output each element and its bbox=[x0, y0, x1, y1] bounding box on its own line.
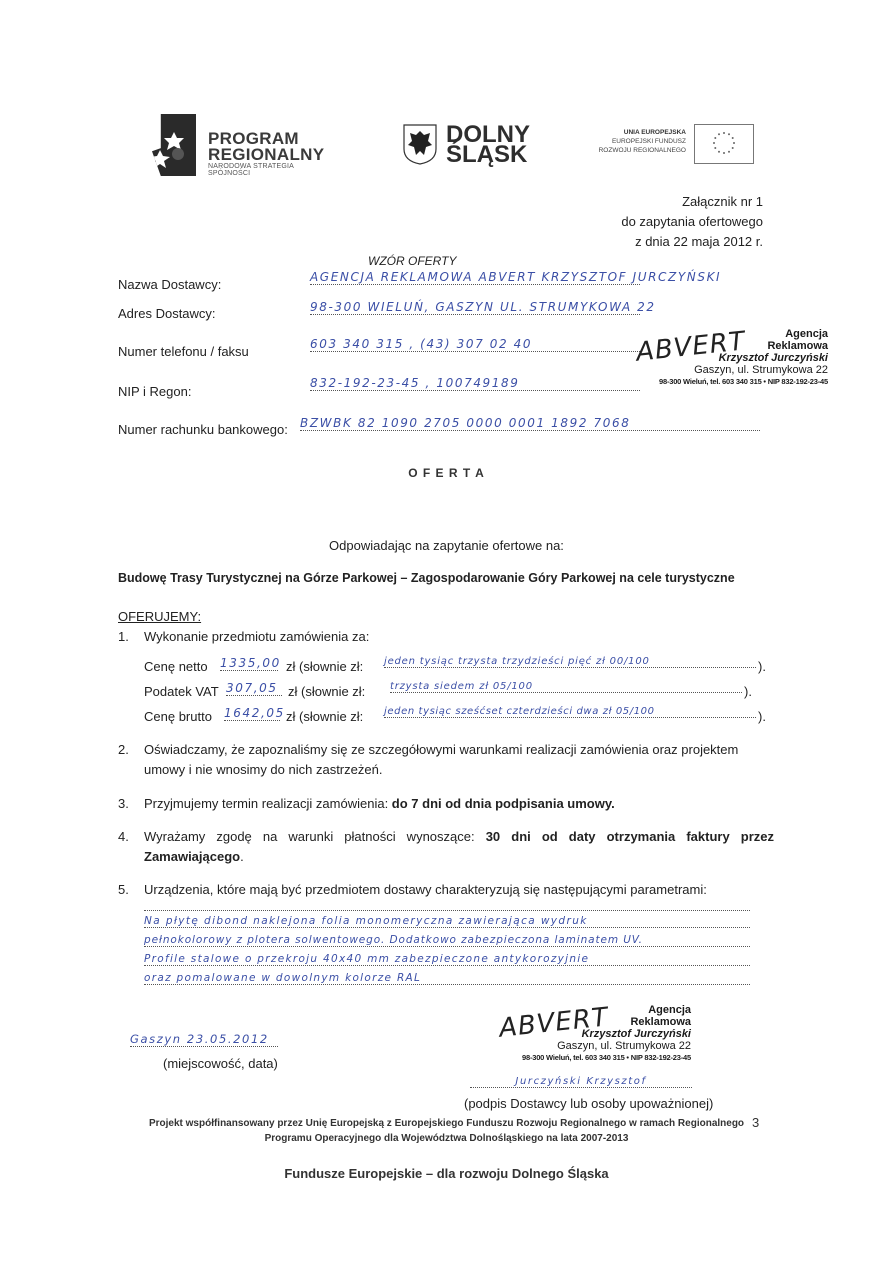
price-netto-words-field[interactable]: jeden tysiąc trzysta trzydzieści pięć zł… bbox=[384, 656, 756, 668]
logo-eu-line2: EUROPEJSKI FUNDUSZ bbox=[580, 137, 686, 146]
stamp-bottom-line1: Agencja bbox=[522, 1004, 691, 1016]
item4-end: . bbox=[240, 849, 244, 864]
price-vat-field[interactable]: 307,05 bbox=[226, 681, 282, 696]
footer-line2: Programu Operacyjnego dla Województwa Do… bbox=[0, 1131, 893, 1146]
price-netto-end: ). bbox=[758, 659, 766, 674]
attachment-info: Załącznik nr 1 do zapytania ofertowego z… bbox=[621, 192, 763, 252]
footer-slogan: Fundusze Europejskie – dla rozwoju Dolne… bbox=[0, 1166, 893, 1181]
price-vat-currency: zł (słownie zł: bbox=[288, 684, 365, 699]
price-brutto-currency: zł (słownie zł: bbox=[286, 709, 363, 724]
price-row-brutto: Cenę brutto 1642,05 zł (słownie zł: jede… bbox=[144, 706, 774, 726]
attachment-reference: do zapytania ofertowego bbox=[621, 212, 763, 232]
supplier-nip-label: NIP i Regon: bbox=[118, 384, 191, 399]
supplier-phone-label: Numer telefonu / faksu bbox=[118, 344, 249, 359]
supplier-bank-label: Numer rachunku bankowego: bbox=[118, 422, 288, 437]
supplier-bank-field[interactable]: BZWBK 82 1090 2705 0000 0001 1892 7068 bbox=[300, 416, 760, 431]
item5-param-line3[interactable]: Profile stalowe o przekroju 40x40 mm zab… bbox=[144, 953, 750, 966]
price-row-netto: Cenę netto 1335,00 zł (słownie zł: jeden… bbox=[144, 656, 774, 676]
supplier-name-field[interactable]: AGENCJA REKLAMOWA ABVERT KRZYSZTOF JURCZ… bbox=[310, 270, 640, 285]
supplier-address-field[interactable]: 98-300 WIELUŃ, GASZYN UL. STRUMYKOWA 22 bbox=[310, 300, 640, 315]
logo-program-line2: REGIONALNY bbox=[208, 147, 324, 163]
company-stamp-top: ABVERT Agencja Reklamowa Krzysztof Jurcz… bbox=[632, 326, 828, 398]
stamp-bottom-line5: 98-300 Wieluń, tel. 603 340 315 • NIP 83… bbox=[522, 1052, 691, 1064]
price-brutto-label: Cenę brutto bbox=[144, 709, 212, 724]
item1-text: Wykonanie przedmiotu zamówienia za: bbox=[144, 629, 369, 644]
supplier-signature-label: (podpis Dostawcy lub osoby upoważnionej) bbox=[464, 1096, 713, 1111]
item3-bold: do 7 dni od dnia podpisania umowy. bbox=[392, 796, 615, 811]
attachment-date: z dnia 22 maja 2012 r. bbox=[621, 232, 763, 252]
stamp-line1: Agencja bbox=[659, 328, 828, 340]
item5-text: Urządzenia, które mają być przedmiotem d… bbox=[144, 882, 707, 897]
place-date-field[interactable]: Gaszyn 23.05.2012 bbox=[130, 1032, 278, 1047]
stamp-line5: 98-300 Wieluń, tel. 603 340 315 • NIP 83… bbox=[659, 376, 828, 388]
form-title: WZÓR OFERTY bbox=[368, 254, 456, 268]
logo-unia-europejska: UNIA EUROPEJSKA EUROPEJSKI FUNDUSZ ROZWO… bbox=[580, 128, 686, 155]
supplier-nip-field[interactable]: 832-192-23-45 , 100749189 bbox=[310, 376, 640, 391]
price-vat-end: ). bbox=[744, 684, 752, 699]
stamp-bottom-line4: Gaszyn, ul. Strumykowa 22 bbox=[522, 1040, 691, 1052]
stamp-line4: Gaszyn, ul. Strumykowa 22 bbox=[659, 364, 828, 376]
offer-subject: Budowę Trasy Turystycznej na Górze Parko… bbox=[118, 571, 735, 585]
stamp-line2: Reklamowa bbox=[659, 340, 828, 352]
item3-text: Przyjmujemy termin realizacji zamówienia… bbox=[144, 796, 392, 811]
item2-line1: Oświadczamy, że zapoznaliśmy się ze szcz… bbox=[144, 742, 738, 757]
item4-text: Wyrażamy zgodę na warunki płatności wyno… bbox=[144, 829, 486, 844]
item4-number: 4. bbox=[118, 829, 129, 844]
place-date-label: (miejscowość, data) bbox=[163, 1056, 278, 1071]
logo-program-subtitle: NARODOWA STRATEGIA SPÓJNOŚCI bbox=[208, 163, 324, 177]
price-netto-field[interactable]: 1335,00 bbox=[220, 656, 278, 671]
price-brutto-words-field[interactable]: jeden tysiąc sześćset czterdzieści dwa z… bbox=[384, 706, 756, 718]
price-vat-words-field[interactable]: trzysta siedem zł 05/100 bbox=[390, 681, 742, 693]
logo-eu-line3: ROZWOJU REGIONALNEGO bbox=[580, 146, 686, 155]
logo-eu-line1: UNIA EUROPEJSKA bbox=[580, 128, 686, 137]
attachment-number: Załącznik nr 1 bbox=[621, 192, 763, 212]
item5-param-line2[interactable]: pełnokolorowy z plotera solwentowego. Do… bbox=[144, 934, 750, 947]
item5-blank-line bbox=[144, 900, 750, 911]
item5-param-line1[interactable]: Na płytę dibond naklejona folia monomery… bbox=[144, 915, 750, 928]
item4-bold: 30 dni od daty otrzymania faktury przez bbox=[486, 829, 774, 844]
offer-intro: Odpowiadając na zapytanie ofertowe na: bbox=[0, 538, 893, 553]
supplier-signature-field[interactable]: Jurczyński Krzysztof bbox=[470, 1076, 692, 1088]
price-netto-currency: zł (słownie zł: bbox=[286, 659, 363, 674]
price-row-vat: Podatek VAT 307,05 zł (słownie zł: trzys… bbox=[144, 681, 774, 701]
item2-number: 2. bbox=[118, 742, 129, 757]
item3-text-wrap: Przyjmujemy termin realizacji zamówienia… bbox=[144, 796, 615, 811]
stamp-bottom-line2: Reklamowa bbox=[522, 1016, 691, 1028]
price-netto-label: Cenę netto bbox=[144, 659, 208, 674]
price-brutto-end: ). bbox=[758, 709, 766, 724]
supplier-phone-field[interactable]: 603 340 315 , (43) 307 02 40 bbox=[310, 337, 640, 352]
offer-heading: O F E R T A bbox=[0, 466, 893, 480]
eagle-crest-icon bbox=[402, 123, 438, 170]
stars-emblem-icon bbox=[152, 114, 196, 176]
supplier-name-label: Nazwa Dostawcy: bbox=[118, 277, 221, 292]
company-stamp-bottom: ABVERT Agencja Reklamowa Krzysztof Jurcz… bbox=[495, 1002, 691, 1074]
page-number: 3 bbox=[752, 1115, 759, 1130]
item4-text-wrap: Wyrażamy zgodę na warunki płatności wyno… bbox=[144, 829, 774, 844]
price-brutto-field[interactable]: 1642,05 bbox=[224, 706, 280, 721]
price-vat-label: Podatek VAT bbox=[144, 684, 219, 699]
logo-region-line2: ŚLĄSK bbox=[446, 145, 530, 165]
stamp-bottom-line3: Krzysztof Jurczyński bbox=[522, 1028, 691, 1040]
item1-number: 1. bbox=[118, 629, 129, 644]
item5-number: 5. bbox=[118, 882, 129, 897]
item5-param-line4[interactable]: oraz pomalowane w dowolnym kolorze RAL bbox=[144, 972, 750, 985]
item3-number: 3. bbox=[118, 796, 129, 811]
eu-flag-icon bbox=[694, 124, 754, 164]
item4-bold2: Zamawiającego bbox=[144, 849, 240, 864]
supplier-address-label: Adres Dostawcy: bbox=[118, 306, 216, 321]
item2-line2: umowy i nie wnosimy do nich zastrzeżeń. bbox=[144, 762, 382, 777]
offer-label: OFERUJEMY: bbox=[118, 609, 201, 624]
stamp-line3: Krzysztof Jurczyński bbox=[659, 352, 828, 364]
item4-line2: Zamawiającego. bbox=[144, 849, 244, 864]
